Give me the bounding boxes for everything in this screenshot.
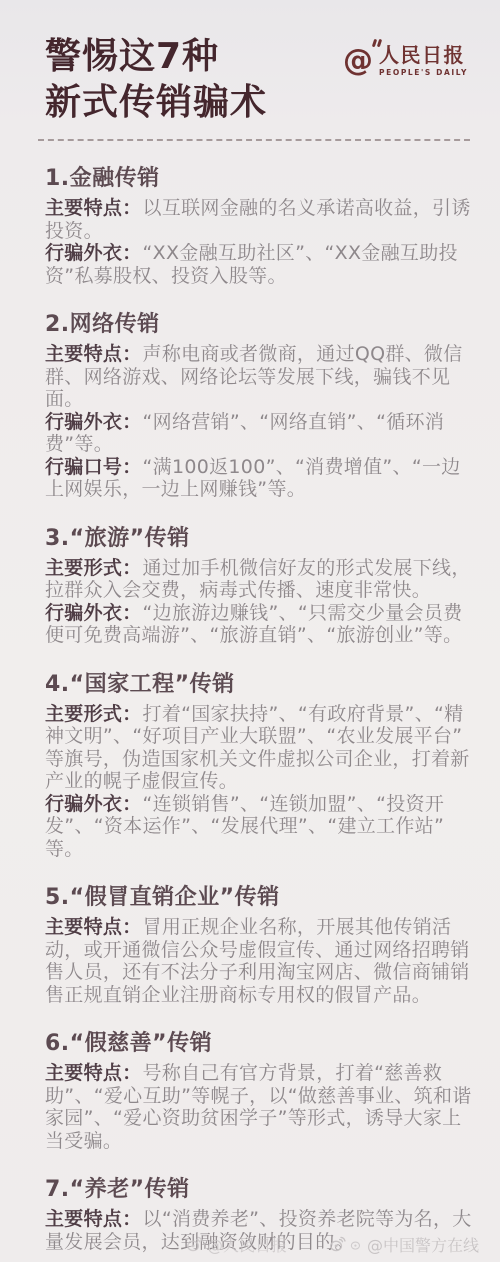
watermark-text: @中国警方在线 bbox=[367, 1233, 479, 1256]
section-paragraph: 行骗外衣：“XX金融互助社区”、“XX金融互助投资”私募股权、投资入股等。 bbox=[45, 242, 472, 287]
section-paragraph: 主要特点：冒用正规企业名称，开展其他传销活动，或开通微信公众号虚假宣传、通过网络… bbox=[45, 916, 472, 1006]
paragraph-label: 行骗外衣： bbox=[45, 411, 142, 433]
content: 1.金融传销 主要特点：以互联网金融的名义承诺高收益，引诱投资。 行骗外衣：“X… bbox=[0, 166, 500, 1253]
section-heading: 7.“养老”传销 bbox=[45, 1177, 472, 1203]
weibo-icon bbox=[329, 1236, 346, 1253]
at-symbol-icon: @ bbox=[343, 46, 373, 76]
paragraph-label: 主要形式： bbox=[45, 557, 142, 579]
paragraph-label: 主要特点： bbox=[45, 197, 142, 219]
paragraph-label: 主要特点： bbox=[45, 916, 142, 938]
section-paragraph: 主要形式：通过加手机微信好友的形式发展下线，拉群众入会交费，病毒式传播、速度非常… bbox=[45, 557, 472, 602]
watermark-china-police: @中国警方在线 bbox=[329, 1233, 479, 1256]
section-paragraph: 行骗外衣：“边旅游边赚钱”、“只需交少量会员费便可免费高端游”、“旅游直销”、“… bbox=[45, 602, 472, 647]
section-paragraph: 行骗外衣：“连锁销售”、“连锁加盟”、“投资开发”、“资本运作”、“发展代理”、… bbox=[45, 793, 472, 861]
poster-title-line2: 新式传销骗术 bbox=[45, 80, 470, 126]
section-heading: 3.“旅游”传销 bbox=[45, 526, 472, 552]
section-paragraph: 行骗外衣：“网络营销”、“网络直销”、“循环消费”等。 bbox=[45, 411, 472, 456]
section-heading: 1.金融传销 bbox=[45, 166, 472, 192]
section-national-project-mlm: 4.“国家工程”传销 主要形式：打着“国家扶持”、“有政府背景”、“精神文明”、… bbox=[45, 672, 472, 861]
paragraph-label: 行骗外衣： bbox=[45, 793, 142, 815]
logo-subtitle: PEOPLE'S DAILY bbox=[379, 68, 468, 77]
watermark-text: @人民日报 bbox=[207, 1233, 287, 1256]
logo-name: 人民日报 bbox=[379, 44, 468, 66]
weibo-icon bbox=[350, 1238, 363, 1251]
section-financial-mlm: 1.金融传销 主要特点：以互联网金融的名义承诺高收益，引诱投资。 行骗外衣：“X… bbox=[45, 166, 472, 287]
paragraph-label: 主要特点： bbox=[45, 1062, 142, 1084]
paragraph-label: 行骗外衣： bbox=[45, 242, 142, 264]
peoples-daily-logo: @ 人民日报 PEOPLE'S DAILY bbox=[343, 44, 468, 77]
paragraph-label: 主要特点： bbox=[45, 1208, 142, 1230]
section-paragraph: 主要特点：声称电商或者微商，通过QQ群、微信群、网络游戏、网络论坛等发展下线，骗… bbox=[45, 343, 472, 411]
section-heading: 6.“假慈善”传销 bbox=[45, 1031, 472, 1057]
section-heading: 4.“国家工程”传销 bbox=[45, 672, 472, 698]
dashed-divider bbox=[38, 139, 470, 141]
section-fake-charity-mlm: 6.“假慈善”传销 主要特点：号称自己有官方背景，打着“慈善救助”、“爱心互助”… bbox=[45, 1031, 472, 1152]
weibo-icon bbox=[186, 1236, 203, 1253]
infographic-poster: 警惕这7种 新式传销骗术 @ 人民日报 PEOPLE'S DAILY 1.金融传… bbox=[0, 0, 500, 1262]
logo-text: 人民日报 PEOPLE'S DAILY bbox=[379, 44, 468, 77]
section-paragraph: 主要特点：以互联网金融的名义承诺高收益，引诱投资。 bbox=[45, 197, 472, 242]
section-fake-direct-sales-mlm: 5.“假冒直销企业”传销 主要特点：冒用正规企业名称，开展其他传销活动，或开通微… bbox=[45, 885, 472, 1006]
sound-wave-icon bbox=[373, 39, 380, 47]
watermark-peoples-daily: @人民日报 bbox=[186, 1233, 287, 1256]
section-network-mlm: 2.网络传销 主要特点：声称电商或者微商，通过QQ群、微信群、网络游戏、网络论坛… bbox=[45, 312, 472, 501]
paragraph-label: 行骗外衣： bbox=[45, 602, 142, 624]
section-heading: 5.“假冒直销企业”传销 bbox=[45, 885, 472, 911]
header: 警惕这7种 新式传销骗术 @ 人民日报 PEOPLE'S DAILY bbox=[0, 0, 500, 126]
section-paragraph: 行骗口号：“满100返100”、“消费增值”、“一边上网娱乐，一边上网赚钱”等。 bbox=[45, 456, 472, 501]
section-travel-mlm: 3.“旅游”传销 主要形式：通过加手机微信好友的形式发展下线，拉群众入会交费，病… bbox=[45, 526, 472, 647]
paragraph-label: 主要形式： bbox=[45, 703, 142, 725]
section-paragraph: 主要特点：号称自己有官方背景，打着“慈善救助”、“爱心互助”等幌子，以“做慈善事… bbox=[45, 1062, 472, 1152]
paragraph-label: 主要特点： bbox=[45, 343, 142, 365]
section-heading: 2.网络传销 bbox=[45, 312, 472, 338]
paragraph-label: 行骗口号： bbox=[45, 456, 142, 478]
section-paragraph: 主要形式：打着“国家扶持”、“有政府背景”、“精神文明”、“好项目产业大联盟”、… bbox=[45, 703, 472, 793]
footer-watermarks: @人民日报 @中国警方在线 bbox=[0, 1233, 500, 1256]
